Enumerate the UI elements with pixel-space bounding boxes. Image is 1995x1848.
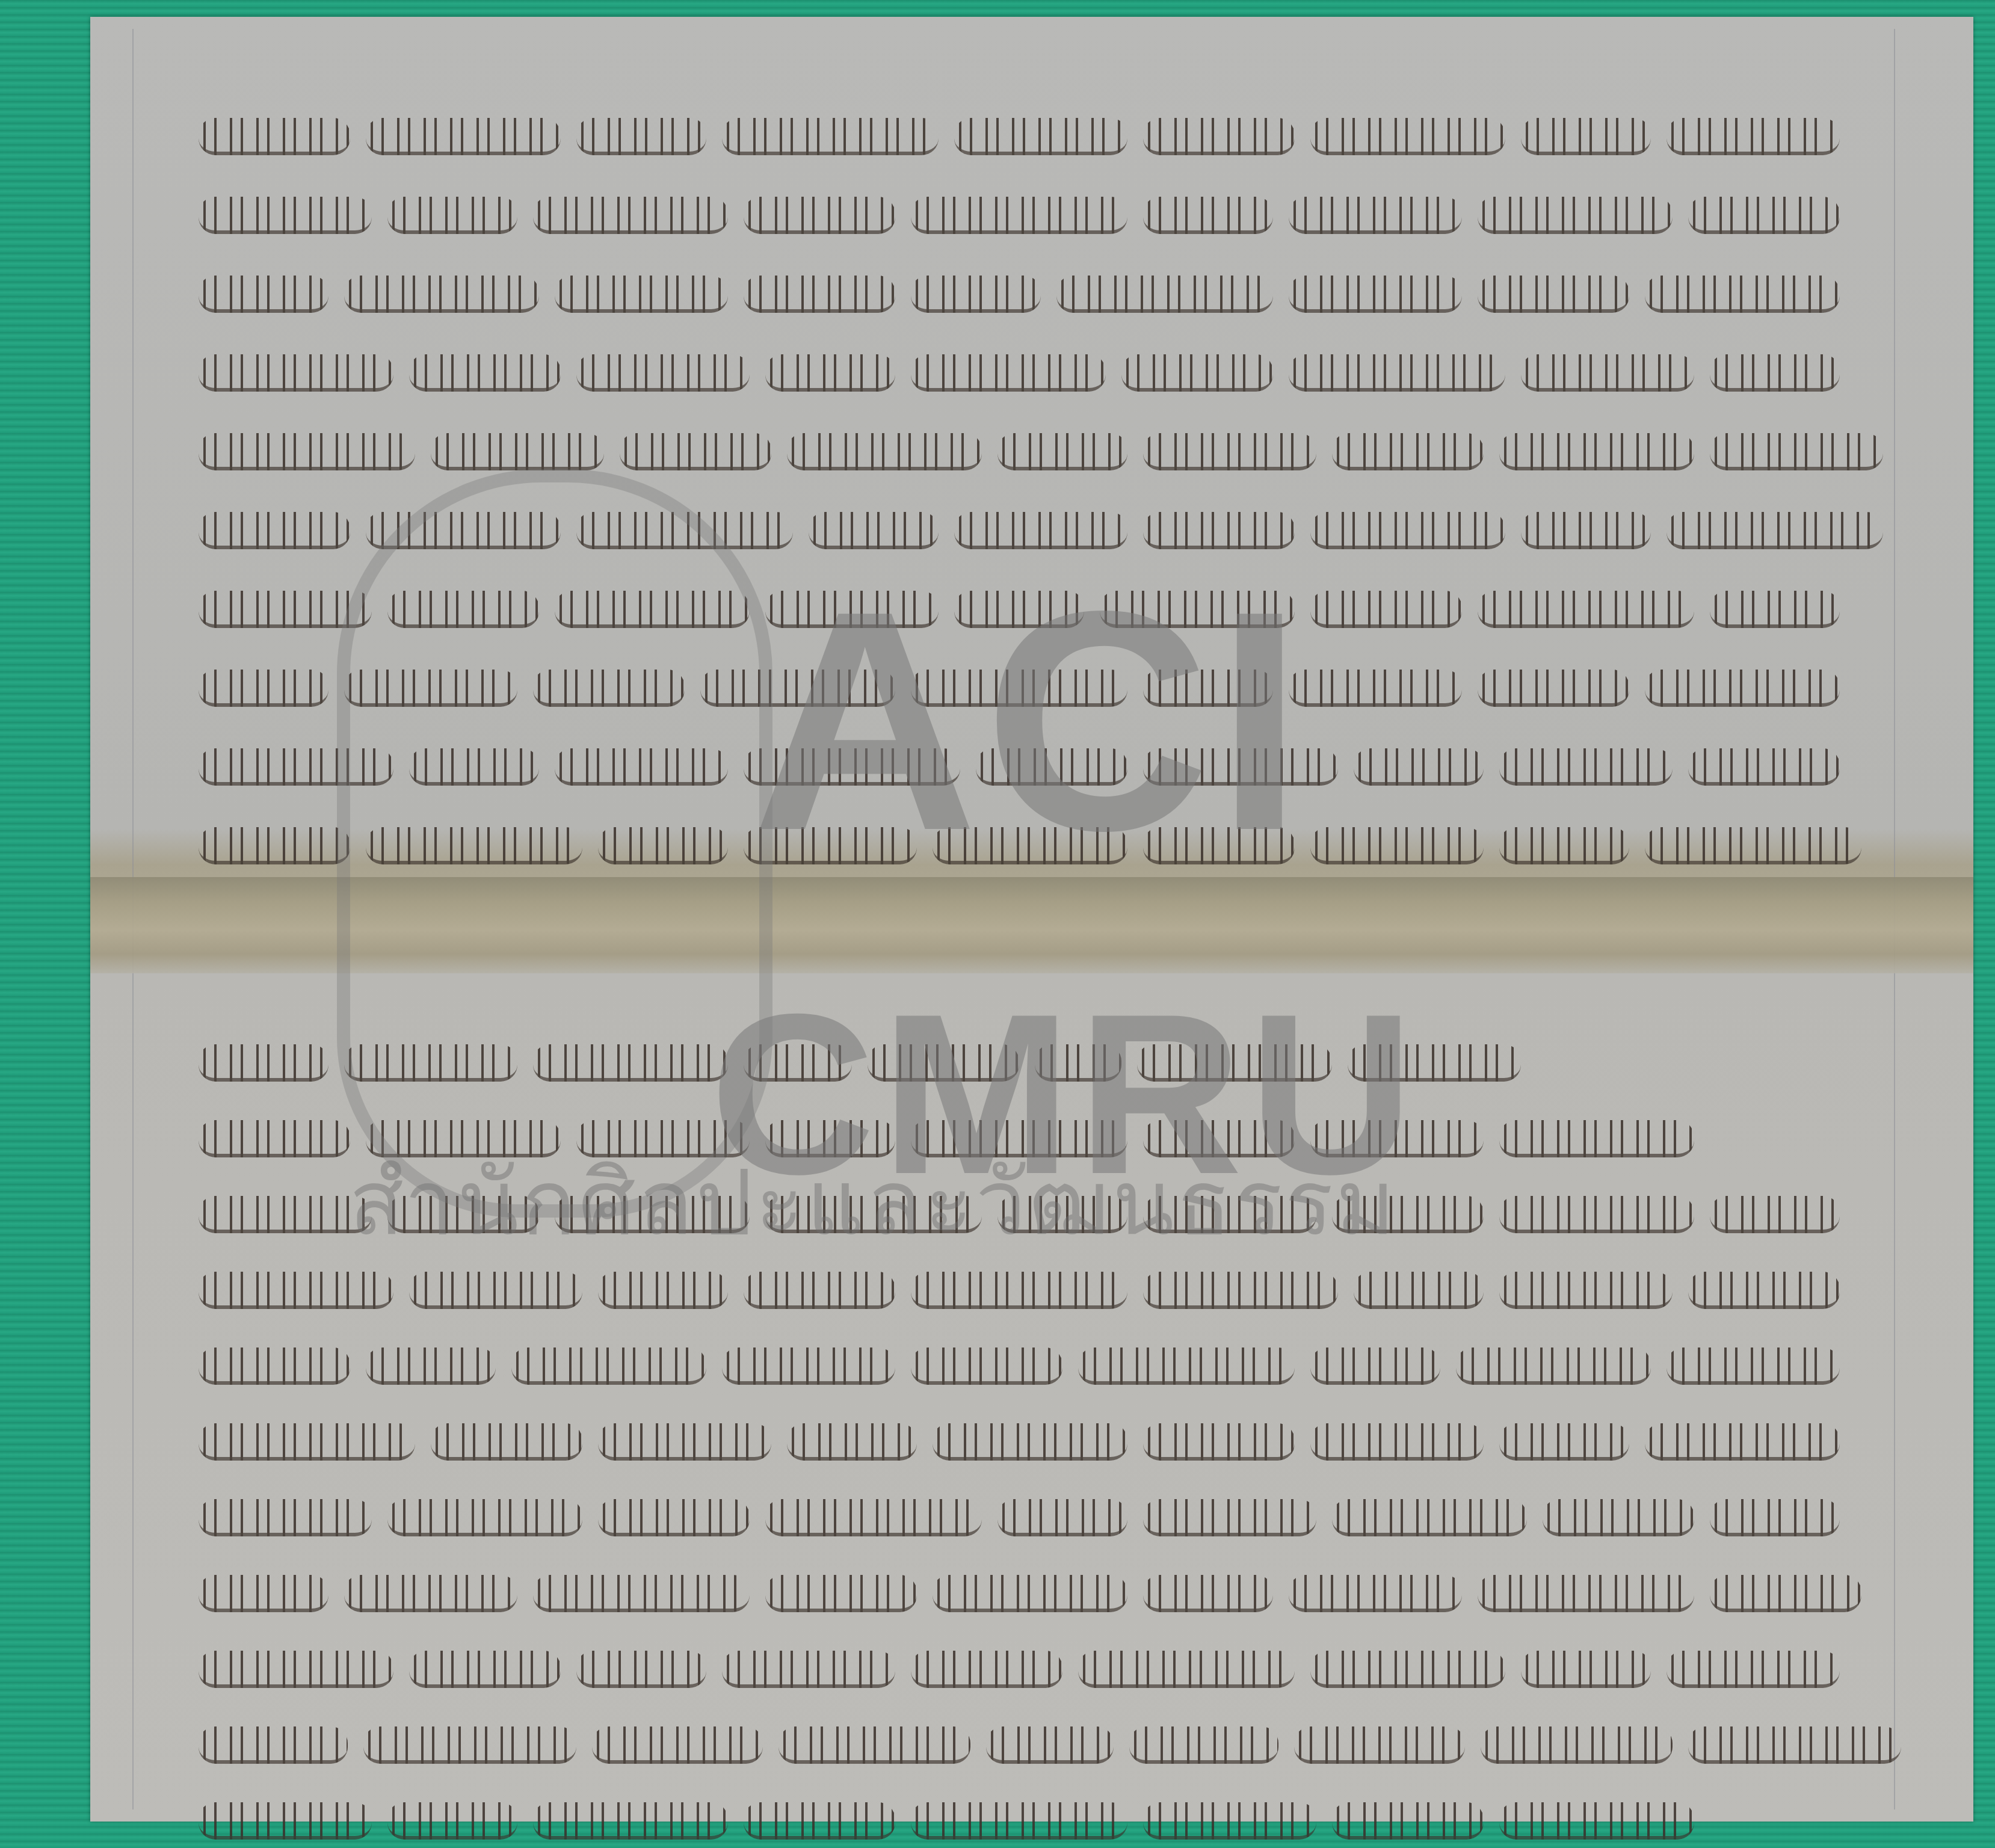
handwritten-word	[1332, 1499, 1527, 1536]
handwritten-word	[1289, 276, 1462, 313]
handwritten-word	[1710, 433, 1883, 470]
handwritten-word	[366, 827, 582, 864]
handwritten-word	[344, 1044, 517, 1082]
manuscript-lower-panel	[90, 973, 1973, 1822]
handwritten-word	[722, 118, 939, 155]
manuscript-line	[199, 1085, 1901, 1157]
handwritten-word	[1143, 1423, 1295, 1461]
handwritten-word	[199, 1120, 350, 1157]
handwritten-word	[1310, 1423, 1484, 1461]
handwritten-word	[1478, 670, 1629, 707]
handwritten-word	[933, 1575, 1127, 1612]
handwritten-word	[576, 512, 793, 549]
handwritten-word	[199, 1726, 348, 1764]
handwritten-word	[722, 1347, 895, 1385]
handwritten-word	[744, 1044, 852, 1082]
handwritten-word	[1499, 1802, 1694, 1840]
handwritten-word	[199, 512, 350, 549]
handwritten-word	[1499, 748, 1673, 786]
manuscript-line	[199, 1616, 1901, 1688]
handwritten-word	[1521, 354, 1694, 392]
handwritten-word	[1056, 276, 1273, 313]
handwritten-word	[533, 197, 728, 234]
handwritten-word	[199, 276, 328, 313]
handwritten-word	[911, 1347, 1062, 1385]
handwritten-word	[765, 1575, 917, 1612]
handwritten-word	[1481, 1726, 1673, 1764]
handwritten-word	[911, 1802, 1127, 1840]
manuscript-line	[199, 635, 1901, 707]
handwritten-word	[387, 1196, 539, 1233]
handwritten-word	[787, 433, 982, 470]
handwritten-word	[1499, 433, 1694, 470]
handwritten-word	[1294, 1726, 1464, 1764]
handwritten-word	[1310, 1347, 1440, 1385]
handwritten-word	[1688, 748, 1840, 786]
handwritten-word	[1310, 512, 1505, 549]
handwritten-word	[1543, 1499, 1694, 1536]
handwritten-word	[409, 748, 539, 786]
handwritten-word	[1667, 1347, 1840, 1385]
handwritten-word	[344, 276, 539, 313]
handwritten-word	[576, 1120, 750, 1157]
handwritten-word	[387, 1802, 517, 1840]
handwritten-word	[576, 118, 706, 155]
handwritten-word	[431, 433, 604, 470]
handwritten-word	[1332, 1802, 1484, 1840]
handwritten-word	[199, 1044, 328, 1082]
manuscript-line	[199, 477, 1901, 549]
handwritten-word	[911, 276, 1041, 313]
handwritten-word	[1289, 1575, 1462, 1612]
handwritten-word	[366, 512, 561, 549]
handwritten-word	[765, 1499, 982, 1536]
handwritten-word	[1688, 1272, 1840, 1309]
handwritten-word	[366, 1347, 496, 1385]
handwritten-word	[199, 1423, 415, 1461]
handwritten-word	[1521, 512, 1651, 549]
handwritten-word	[744, 197, 895, 234]
handwritten-word	[1035, 1044, 1121, 1082]
handwritten-word	[911, 354, 1106, 392]
handwritten-word	[1645, 827, 1861, 864]
handwritten-word	[998, 433, 1127, 470]
handwritten-word	[199, 1347, 350, 1385]
handwritten-word	[1710, 354, 1840, 392]
manuscript-line	[199, 1464, 1901, 1536]
handwritten-word	[533, 1044, 728, 1082]
handwritten-word	[1688, 197, 1840, 234]
handwritten-word	[765, 1120, 895, 1157]
handwritten-word	[1499, 827, 1629, 864]
manuscript-line	[199, 1009, 1901, 1082]
handwritten-word	[387, 197, 517, 234]
handwritten-word	[363, 1726, 576, 1764]
handwritten-word	[986, 1726, 1114, 1764]
handwritten-word	[1645, 1423, 1840, 1461]
manuscript-line	[199, 1540, 1901, 1612]
handwritten-word	[1310, 591, 1462, 628]
handwritten-word	[911, 1651, 1062, 1688]
handwritten-word	[199, 748, 393, 786]
handwritten-word	[1143, 670, 1273, 707]
handwritten-word	[1354, 1272, 1484, 1309]
handwritten-word	[533, 1802, 728, 1840]
handwritten-word	[199, 827, 350, 864]
manuscript-line	[199, 792, 1901, 864]
handwritten-word	[1143, 433, 1316, 470]
handwritten-word	[1078, 1347, 1295, 1385]
handwritten-word	[1645, 276, 1840, 313]
handwritten-word	[1121, 354, 1273, 392]
handwritten-word	[533, 1575, 750, 1612]
handwritten-word	[598, 827, 728, 864]
handwritten-word	[1310, 118, 1505, 155]
handwritten-word	[765, 354, 895, 392]
handwritten-word	[1143, 512, 1295, 549]
manuscript-line	[199, 241, 1901, 313]
handwritten-word	[387, 591, 539, 628]
handwritten-word	[1143, 118, 1295, 155]
handwritten-word	[409, 1651, 561, 1688]
handwritten-word	[199, 1651, 393, 1688]
handwritten-word	[1143, 1196, 1316, 1233]
handwritten-word	[620, 433, 771, 470]
handwritten-word	[1332, 1196, 1484, 1233]
handwritten-word	[700, 670, 895, 707]
handwritten-word	[1521, 1651, 1651, 1688]
handwritten-word	[1289, 670, 1462, 707]
handwritten-word	[1710, 591, 1840, 628]
manuscript-line	[199, 713, 1901, 786]
handwritten-word	[744, 1802, 895, 1840]
handwritten-word	[868, 1044, 1019, 1082]
handwritten-word	[555, 1196, 750, 1233]
handwritten-word	[344, 670, 517, 707]
handwritten-word	[366, 1120, 561, 1157]
handwritten-word	[1456, 1347, 1651, 1385]
handwritten-word	[511, 1347, 706, 1385]
handwritten-word	[765, 1196, 982, 1233]
handwritten-word	[1310, 1120, 1484, 1157]
handwritten-word	[1143, 1272, 1338, 1309]
handwritten-word	[1143, 1802, 1316, 1840]
handwritten-word	[1143, 1120, 1295, 1157]
handwritten-word	[809, 512, 939, 549]
handwritten-word	[1478, 276, 1629, 313]
handwritten-word	[431, 1423, 582, 1461]
handwritten-word	[366, 118, 561, 155]
handwritten-word	[199, 354, 393, 392]
handwritten-word	[744, 1272, 895, 1309]
handwritten-word	[998, 1499, 1127, 1536]
manuscript-line	[199, 1237, 1901, 1309]
handwritten-word	[1129, 1726, 1278, 1764]
handwritten-word	[576, 354, 750, 392]
handwritten-word	[954, 512, 1127, 549]
manuscript-sheet	[90, 17, 1973, 1822]
handwritten-word	[1310, 1651, 1505, 1688]
handwritten-word	[1289, 354, 1505, 392]
handwritten-word	[933, 1423, 1127, 1461]
manuscript-upper-panel	[90, 17, 1973, 877]
handwritten-word	[911, 670, 1127, 707]
handwritten-word	[722, 1651, 895, 1688]
handwritten-word	[787, 1423, 917, 1461]
manuscript-line	[199, 1313, 1901, 1385]
handwritten-word	[911, 197, 1127, 234]
handwritten-word	[744, 748, 960, 786]
manuscript-line	[199, 1767, 1901, 1840]
handwritten-word	[576, 1651, 706, 1688]
handwritten-word	[1688, 1726, 1901, 1764]
handwritten-word	[199, 1272, 393, 1309]
manuscript-line	[199, 319, 1901, 392]
handwritten-word	[1478, 591, 1694, 628]
handwritten-word	[1499, 1272, 1673, 1309]
handwritten-word	[1667, 1651, 1840, 1688]
manuscript-line	[199, 1388, 1901, 1461]
handwritten-word	[1289, 197, 1462, 234]
handwritten-word	[1499, 1196, 1694, 1233]
handwritten-word	[598, 1272, 728, 1309]
handwritten-word	[199, 1575, 328, 1612]
handwritten-word	[765, 591, 939, 628]
manuscript-line	[199, 162, 1901, 234]
handwritten-word	[199, 1499, 372, 1536]
handwritten-word	[1667, 512, 1883, 549]
handwritten-word	[598, 1499, 750, 1536]
handwritten-word	[344, 1575, 517, 1612]
handwritten-word	[744, 827, 917, 864]
handwritten-word	[1310, 827, 1484, 864]
handwritten-word	[598, 1423, 771, 1461]
handwritten-word	[1521, 118, 1651, 155]
handwritten-word	[387, 1499, 582, 1536]
handwritten-word	[998, 1196, 1127, 1233]
handwritten-word	[911, 1272, 1127, 1309]
manuscript-line	[199, 556, 1901, 628]
handwritten-word	[1710, 1575, 1861, 1612]
handwritten-word	[779, 1726, 970, 1764]
handwritten-word	[1137, 1044, 1332, 1082]
handwritten-word	[1354, 748, 1484, 786]
handwritten-word	[199, 118, 350, 155]
handwritten-word	[1143, 1499, 1316, 1536]
handwritten-word	[555, 748, 728, 786]
handwritten-word	[933, 827, 1127, 864]
handwritten-word	[1478, 197, 1673, 234]
handwritten-word	[592, 1726, 762, 1764]
handwritten-word	[199, 433, 415, 470]
handwritten-word	[409, 1272, 582, 1309]
fold-crease	[90, 877, 1973, 973]
handwritten-word	[199, 1196, 372, 1233]
handwritten-word	[954, 591, 1084, 628]
handwritten-word	[199, 591, 372, 628]
handwritten-word	[199, 197, 372, 234]
handwritten-word	[199, 670, 328, 707]
handwritten-word	[1332, 433, 1484, 470]
handwritten-word	[1499, 1120, 1694, 1157]
handwritten-word	[954, 118, 1127, 155]
handwritten-word	[976, 748, 1127, 786]
handwritten-word	[1348, 1044, 1521, 1082]
handwritten-word	[1143, 1575, 1273, 1612]
handwritten-word	[1143, 748, 1338, 786]
handwritten-word	[1100, 591, 1295, 628]
manuscript-line	[199, 1161, 1901, 1233]
manuscript-line	[199, 83, 1901, 155]
handwritten-word	[1710, 1196, 1840, 1233]
handwritten-word	[1645, 670, 1840, 707]
handwritten-word	[409, 354, 561, 392]
handwritten-word	[1499, 1423, 1629, 1461]
manuscript-line	[199, 398, 1901, 470]
handwritten-word	[533, 670, 685, 707]
handwritten-word	[911, 1120, 1127, 1157]
handwritten-word	[744, 276, 895, 313]
handwritten-word	[1667, 118, 1840, 155]
handwritten-word	[1478, 1575, 1694, 1612]
handwritten-word	[555, 591, 750, 628]
handwritten-word	[1078, 1651, 1295, 1688]
handwritten-word	[555, 276, 728, 313]
handwritten-word	[1143, 827, 1295, 864]
manuscript-line	[199, 1692, 1901, 1764]
handwritten-word	[199, 1802, 372, 1840]
handwritten-word	[1143, 197, 1273, 234]
handwritten-word	[1710, 1499, 1840, 1536]
